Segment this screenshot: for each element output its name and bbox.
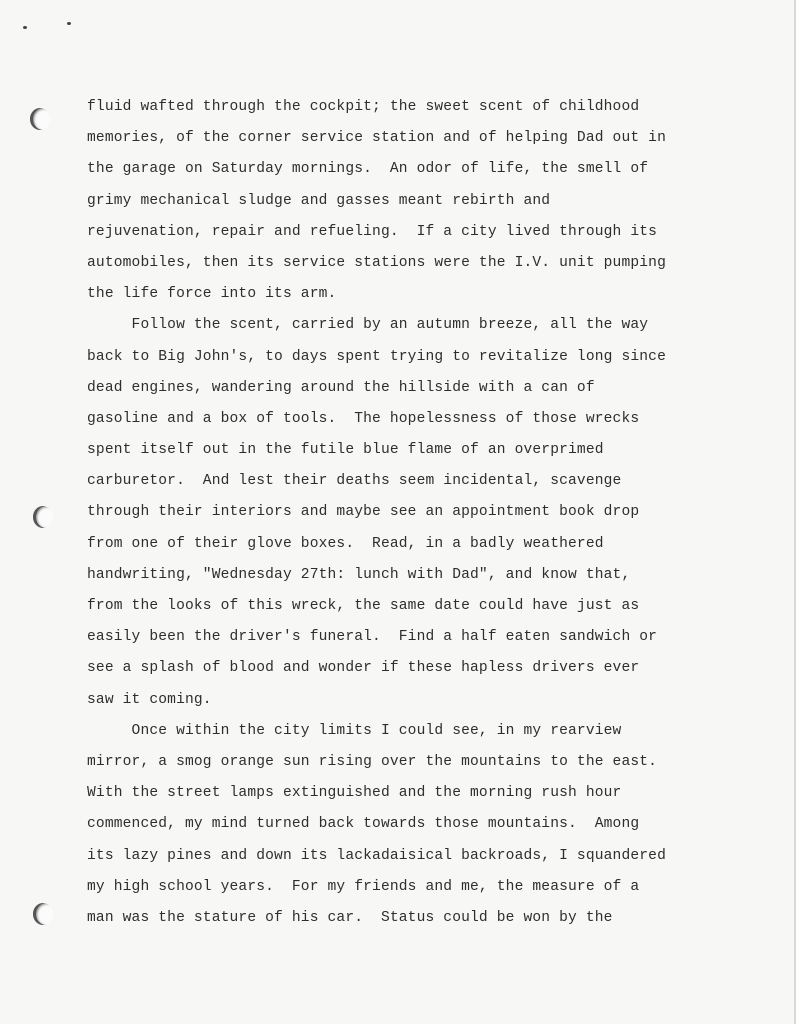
text-line: easily been the driver's funeral. Find a… (87, 622, 727, 653)
text-line: spent itself out in the futile blue flam… (87, 435, 727, 466)
text-line: mirror, a smog orange sun rising over th… (87, 747, 727, 778)
text-line: the garage on Saturday mornings. An odor… (87, 154, 727, 185)
text-line: memories, of the corner service station … (87, 123, 727, 154)
binder-hole-bottom (33, 903, 53, 925)
binder-hole-middle (33, 506, 53, 528)
typed-page: fluid wafted through the cockpit; the sw… (0, 0, 796, 1024)
text-line: dead engines, wandering around the hills… (87, 373, 727, 404)
text-line: With the street lamps extinguished and t… (87, 778, 727, 809)
text-line: Follow the scent, carried by an autumn b… (87, 310, 727, 341)
text-line: back to Big John's, to days spent trying… (87, 342, 727, 373)
text-line: see a splash of blood and wonder if thes… (87, 653, 727, 684)
text-line: handwriting, "Wednesday 27th: lunch with… (87, 560, 727, 591)
document-body: fluid wafted through the cockpit; the sw… (87, 92, 727, 934)
text-line: commenced, my mind turned back towards t… (87, 809, 727, 840)
text-line: saw it coming. (87, 685, 727, 716)
text-line: fluid wafted through the cockpit; the sw… (87, 92, 727, 123)
text-line: carburetor. And lest their deaths seem i… (87, 466, 727, 497)
text-line: man was the stature of his car. Status c… (87, 903, 727, 934)
binder-hole-top (30, 108, 50, 130)
text-line: the life force into its arm. (87, 279, 727, 310)
paper-speck (67, 22, 71, 25)
text-line: gasoline and a box of tools. The hopeles… (87, 404, 727, 435)
text-line: from one of their glove boxes. Read, in … (87, 529, 727, 560)
text-line: through their interiors and maybe see an… (87, 497, 727, 528)
text-line: automobiles, then its service stations w… (87, 248, 727, 279)
text-line: grimy mechanical sludge and gasses meant… (87, 186, 727, 217)
paper-speck (23, 26, 27, 29)
text-line: my high school years. For my friends and… (87, 872, 727, 903)
text-line: Once within the city limits I could see,… (87, 716, 727, 747)
text-line: from the looks of this wreck, the same d… (87, 591, 727, 622)
text-line: its lazy pines and down its lackadaisica… (87, 841, 727, 872)
text-line: rejuvenation, repair and refueling. If a… (87, 217, 727, 248)
